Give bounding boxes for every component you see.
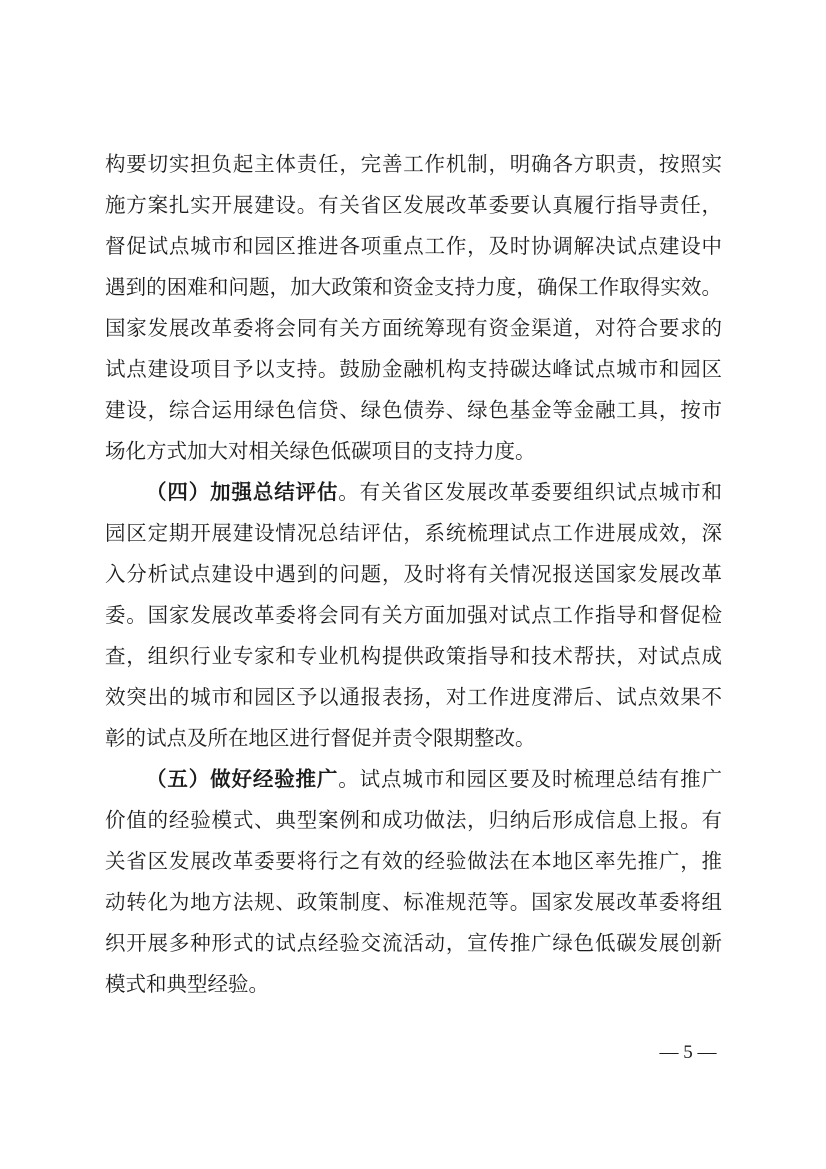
line-text: 场化方式加大对相关绿色低碳项目的支持力度。: [105, 441, 536, 463]
text-line: 施方案扎实开展建设。有关省区发展改革委要认真履行指导责任，: [105, 186, 722, 227]
text-line: 园区定期开展建设情况总结评估，系统梳理试点工作进展成效，深: [105, 514, 722, 555]
line-text: 价值的经验模式、典型案例和成功做法，归纳后形成信息上报。有: [105, 810, 722, 832]
text-line: 彰的试点及所在地区进行督促并责令限期整改。: [105, 719, 722, 760]
line-text: 查，组织行业专家和专业机构提供政策指导和技术帮扶，对试点成: [105, 646, 722, 668]
page-number: — 5 —: [648, 1040, 728, 1066]
line-text: 国家发展改革委将会同有关方面统筹现有资金渠道，对符合要求的: [105, 318, 722, 340]
line-text: 入分析试点建设中遇到的问题，及时将有关情况报送国家发展改革: [105, 564, 722, 586]
line-text: 。有关省区发展改革委要组织试点城市和: [338, 482, 722, 504]
line-text: 委。国家发展改革委将会同有关方面加强对试点工作指导和督促检: [105, 605, 722, 627]
section-heading-5: （五）做好经验推广: [146, 769, 338, 791]
line-text: 遇到的困难和问题，加大政策和资金支持力度，确保工作取得实效。: [105, 277, 722, 299]
line-text: 彰的试点及所在地区进行督促并责令限期整改。: [105, 728, 536, 750]
text-line: （四）加强总结评估。有关省区发展改革委要组织试点城市和: [105, 473, 722, 514]
text-block: 构要切实担负起主体责任，完善工作机制，明确各方职责，按照实 施方案扎实开展建设。…: [105, 145, 722, 1006]
line-text: 模式和典型经验。: [105, 974, 269, 996]
line-text: 。试点城市和园区要及时梳理总结有推广: [338, 769, 722, 791]
line-text: 关省区发展改革委要将行之有效的经验做法在本地区率先推广，推: [105, 851, 722, 873]
text-line: 关省区发展改革委要将行之有效的经验做法在本地区率先推广，推: [105, 842, 722, 883]
line-text: 织开展多种形式的试点经验交流活动，宣传推广绿色低碳发展创新: [105, 933, 722, 955]
text-line: 场化方式加大对相关绿色低碳项目的支持力度。: [105, 432, 722, 473]
text-line: 委。国家发展改革委将会同有关方面加强对试点工作指导和督促检: [105, 596, 722, 637]
text-line: 建设，综合运用绿色信贷、绿色债券、绿色基金等金融工具，按市: [105, 391, 722, 432]
text-line: 查，组织行业专家和专业机构提供政策指导和技术帮扶，对试点成: [105, 637, 722, 678]
text-line: （五）做好经验推广。试点城市和园区要及时梳理总结有推广: [105, 760, 722, 801]
text-line: 遇到的困难和问题，加大政策和资金支持力度，确保工作取得实效。: [105, 268, 722, 309]
text-line: 构要切实担负起主体责任，完善工作机制，明确各方职责，按照实: [105, 145, 722, 186]
text-line: 试点建设项目予以支持。鼓励金融机构支持碳达峰试点城市和园区: [105, 350, 722, 391]
text-line: 入分析试点建设中遇到的问题，及时将有关情况报送国家发展改革: [105, 555, 722, 596]
text-line: 督促试点城市和园区推进各项重点工作，及时协调解决试点建设中: [105, 227, 722, 268]
line-text: 园区定期开展建设情况总结评估，系统梳理试点工作进展成效，深: [105, 523, 722, 545]
line-text: 督促试点城市和园区推进各项重点工作，及时协调解决试点建设中: [105, 236, 722, 258]
line-text: 动转化为地方法规、政策制度、标准规范等。国家发展改革委将组: [105, 892, 722, 914]
text-line: 国家发展改革委将会同有关方面统筹现有资金渠道，对符合要求的: [105, 309, 722, 350]
line-text: 效突出的城市和园区予以通报表扬，对工作进度滞后、试点效果不: [105, 687, 722, 709]
line-text: 建设，综合运用绿色信贷、绿色债券、绿色基金等金融工具，按市: [105, 400, 722, 422]
text-line: 模式和典型经验。: [105, 965, 722, 1006]
text-line: 动转化为地方法规、政策制度、标准规范等。国家发展改革委将组: [105, 883, 722, 924]
text-line: 价值的经验模式、典型案例和成功做法，归纳后形成信息上报。有: [105, 801, 722, 842]
text-line: 效突出的城市和园区予以通报表扬，对工作进度滞后、试点效果不: [105, 678, 722, 719]
document-page: 构要切实担负起主体责任，完善工作机制，明确各方职责，按照实 施方案扎实开展建设。…: [0, 0, 826, 1169]
section-heading-4: （四）加强总结评估: [146, 482, 338, 504]
line-text: 施方案扎实开展建设。有关省区发展改革委要认真履行指导责任，: [105, 195, 722, 217]
text-line: 织开展多种形式的试点经验交流活动，宣传推广绿色低碳发展创新: [105, 924, 722, 965]
line-text: 试点建设项目予以支持。鼓励金融机构支持碳达峰试点城市和园区: [105, 359, 722, 381]
line-text: 构要切实担负起主体责任，完善工作机制，明确各方职责，按照实: [105, 154, 722, 176]
